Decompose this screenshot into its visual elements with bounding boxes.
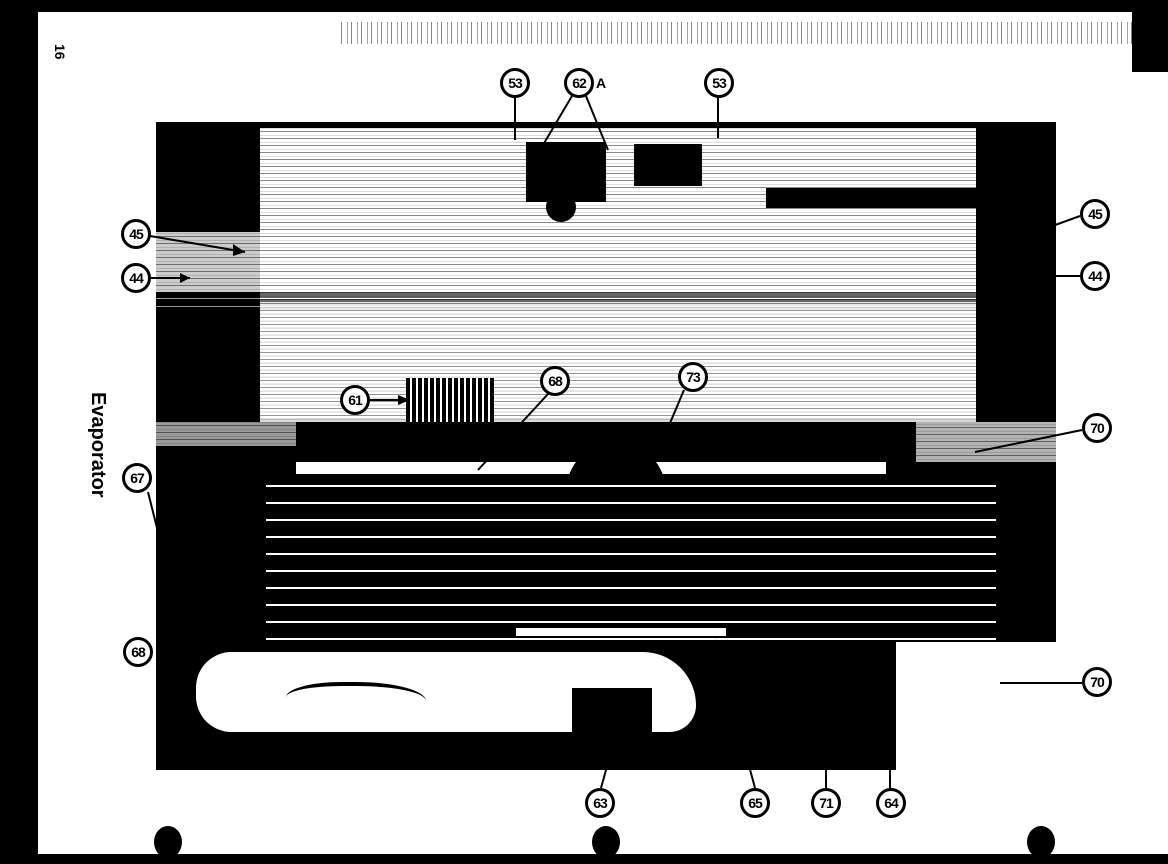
callout-71: 71 (811, 788, 841, 818)
callout-44: 44 (1080, 261, 1110, 291)
callout-45: 45 (121, 219, 151, 249)
callout-73: 73 (678, 362, 708, 392)
callout-53: 53 (704, 68, 734, 98)
callout-62: 62 (564, 68, 594, 98)
callout-61: 61 (340, 385, 370, 415)
binder-hole (154, 826, 182, 858)
callout-70: 70 (1082, 667, 1112, 697)
callout-68: 68 (540, 366, 570, 396)
binder-hole (592, 826, 620, 858)
callout-53: 53 (500, 68, 530, 98)
callout-62-suffix: A (596, 75, 606, 91)
callout-44: 44 (121, 263, 151, 293)
callout-67: 67 (122, 463, 152, 493)
binder-hole (1027, 826, 1055, 858)
callout-45: 45 (1080, 199, 1110, 229)
callout-63: 63 (585, 788, 615, 818)
callout-68: 68 (123, 637, 153, 667)
callout-65: 65 (740, 788, 770, 818)
leader-lines (0, 0, 1168, 864)
callout-70: 70 (1082, 413, 1112, 443)
callout-64: 64 (876, 788, 906, 818)
